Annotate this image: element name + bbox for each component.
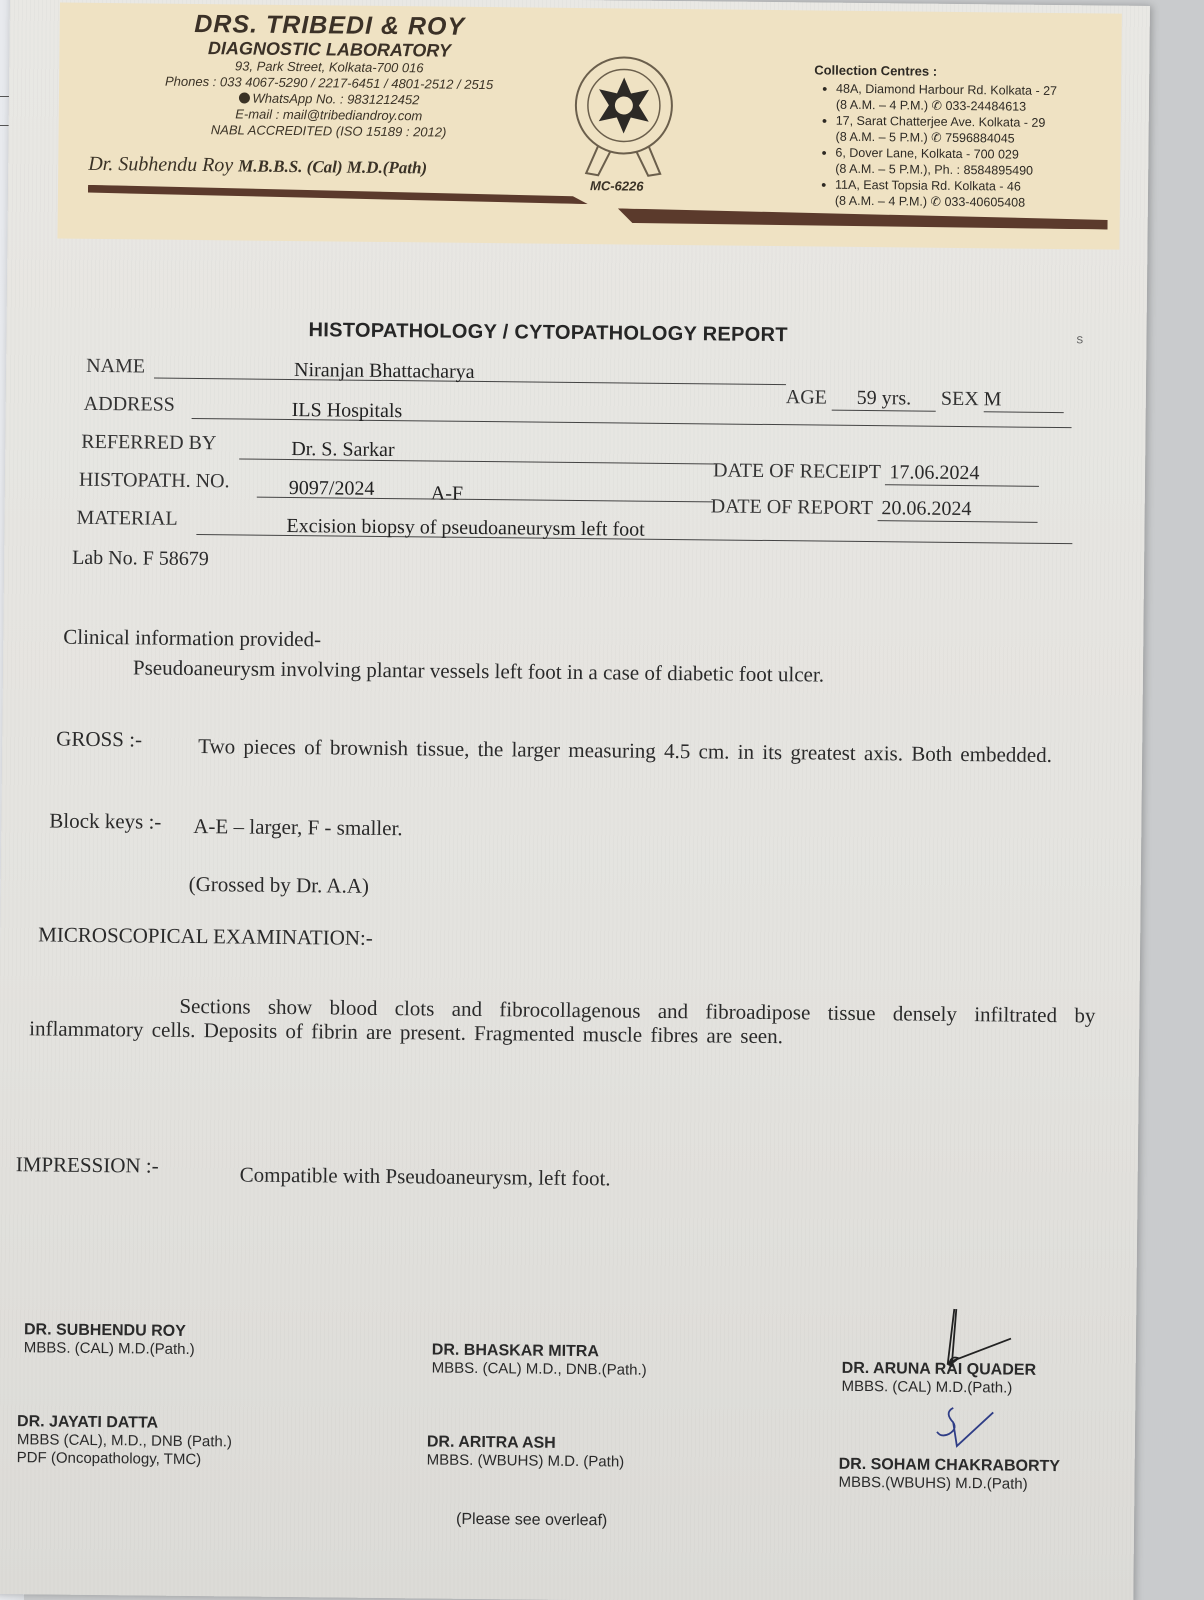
centre-address: 17, Sarat Chatterjee Ave. Kolkata - 29 <box>814 112 1114 131</box>
doctor-name: DR. SOHAM CHAKRABORTY <box>839 1455 1061 1476</box>
material: Excision biopsy of pseudoaneurysm left f… <box>286 515 645 542</box>
impression-label: IMPRESSION :- <box>16 1152 159 1177</box>
collection-centre: 17, Sarat Chatterjee Ave. Kolkata - 29 (… <box>814 112 1114 147</box>
histopath-no-label: HISTOPATH. NO. <box>79 469 230 493</box>
material-field: MATERIAL <box>76 507 177 531</box>
doctor-card: DR. SOHAM CHAKRABORTY MBBS.(WBUHS) M.D.(… <box>838 1455 1060 1494</box>
centre-address: 48A, Diamond Harbour Rd. Kolkata - 27 <box>814 80 1114 99</box>
sex-label: SEX <box>941 388 979 410</box>
histopath-no-field: HISTOPATH. NO. <box>79 469 230 494</box>
collection-centre: 48A, Diamond Harbour Rd. Kolkata - 27 (8… <box>814 80 1114 115</box>
director-signature-line: Dr. Subhendu Roy M.B.B.S. (Cal) M.D.(Pat… <box>88 153 427 180</box>
collection-centres: Collection Centres : 48A, Diamond Harbou… <box>813 62 1115 211</box>
doctor-qualification: PDF (Oncopathology, TMC) <box>17 1449 232 1469</box>
doctor-card: DR. SUBHENDU ROY MBBS. (CAL) M.D.(Path.) <box>24 1320 195 1359</box>
collection-centre: 11A, East Topsia Rd. Kolkata - 46 (8 A.M… <box>813 176 1113 211</box>
patient-age: 59 yrs. <box>832 387 936 412</box>
date-of-report-label: DATE OF REPORT <box>711 495 873 519</box>
letterhead-divider-left <box>88 185 588 204</box>
initials-signature-icon <box>935 1402 1006 1455</box>
doctor-card: DR. BHASKAR MITRA MBBS. (CAL) M.D., DNB.… <box>432 1341 647 1380</box>
gross-text: Two pieces of brownish tissue, the large… <box>198 734 1094 767</box>
date-of-report: 20.06.2024 <box>877 497 1037 523</box>
doctor-name: DR. BHASKAR MITRA <box>432 1341 647 1362</box>
referred-by: Dr. S. Sarkar <box>291 438 395 462</box>
doctor-name: DR. SUBHENDU ROY <box>24 1320 195 1341</box>
address-label: ADDRESS <box>84 393 175 416</box>
patient-sex: M <box>984 388 1064 413</box>
doctor-name: DR. ARITRA ASH <box>427 1432 625 1453</box>
referred-by-field: REFERRED BY <box>81 431 216 455</box>
collection-centre: 6, Dover Lane, Kolkata - 700 029 (8 A.M.… <box>813 144 1113 179</box>
see-overleaf-note: (Please see overleaf) <box>456 1511 607 1531</box>
material-label: MATERIAL <box>76 507 177 530</box>
microscopy-label: MICROSCOPICAL EXAMINATION:- <box>38 922 373 950</box>
accreditation-emblem-icon <box>568 53 679 184</box>
grossed-by: (Grossed by Dr. A.A) <box>189 872 369 898</box>
doctor-qualification: MBBS.(WBUHS) M.D.(Path) <box>838 1474 1060 1494</box>
doctor-qualification: MBBS. (CAL) M.D.(Path.) <box>24 1339 195 1359</box>
gross-label: GROSS :- <box>56 727 142 752</box>
letterhead: DRS. TRIBEDI & ROY DIAGNOSTIC LABORATORY… <box>57 3 1121 250</box>
date-of-receipt-label: DATE OF RECEIPT <box>713 459 881 483</box>
doctor-card: DR. JAYATI DATTA MBBS (CAL), M.D., DNB (… <box>17 1412 233 1469</box>
doctor-qualification: MBBS. (WBUHS) M.D. (Path) <box>427 1451 625 1471</box>
lab-no: Lab No. F 58679 <box>72 547 209 571</box>
doctor-qualification: MBBS (CAL), M.D., DNB (Path.) <box>17 1431 232 1451</box>
page-mark: S <box>1076 335 1083 346</box>
doctor-card: DR. ARITRA ASH MBBS. (WBUHS) M.D. (Path) <box>427 1432 625 1471</box>
age-sex-field: AGE 59 yrs. SEX M <box>786 386 1064 413</box>
lab-info: DRS. TRIBEDI & ROY DIAGNOSTIC LABORATORY… <box>89 9 570 142</box>
whatsapp-icon <box>238 92 249 103</box>
doctor-name: DR. JAYATI DATTA <box>17 1412 232 1433</box>
report-title: HISTOPATHOLOGY / CYTOPATHOLOGY REPORT <box>308 319 788 347</box>
block-keys-text: A-E – larger, F - smaller. <box>193 814 403 840</box>
name-field: NAME <box>86 355 145 379</box>
emblem-code: MC-6226 <box>590 178 644 194</box>
clinical-info-text: Pseudoaneurysm involving plantar vessels… <box>133 655 1033 688</box>
letterhead-divider-right <box>618 208 1108 229</box>
director-quals: M.B.B.S. (Cal) M.D.(Path) <box>238 156 427 177</box>
histopath-block-range: A-F <box>431 482 463 505</box>
impression-text: Compatible with Pseudoaneurysm, left foo… <box>240 1163 611 1191</box>
clinical-info-label: Clinical information provided- <box>63 625 321 652</box>
date-of-receipt: 17.06.2024 <box>885 461 1039 487</box>
report-page: DRS. TRIBEDI & ROY DIAGNOSTIC LABORATORY… <box>0 0 1150 1600</box>
centre-hours: (8 A.M. – 4 P.M.) ✆ 033-40605408 <box>813 192 1113 211</box>
name-label: NAME <box>86 355 145 378</box>
age-label: AGE <box>786 386 827 408</box>
microscopy-text: Sections show blood clots and fibrocolla… <box>29 992 1095 1051</box>
patient-name: Niranjan Bhattacharya <box>294 359 475 384</box>
referred-by-label: REFERRED BY <box>81 431 216 454</box>
address-field: ADDRESS <box>84 393 175 417</box>
block-keys-label: Block keys :- <box>49 808 161 833</box>
date-of-receipt-field: DATE OF RECEIPT 17.06.2024 <box>713 459 1040 486</box>
date-of-report-field: DATE OF REPORT 20.06.2024 <box>711 495 1038 522</box>
patient-address: ILS Hospitals <box>292 399 403 423</box>
collection-centres-title: Collection Centres : <box>814 62 1114 80</box>
doctor-qualification: MBBS. (CAL) M.D., DNB.(Path.) <box>432 1360 647 1380</box>
centre-address: 6, Dover Lane, Kolkata - 700 029 <box>813 144 1113 163</box>
centre-address: 11A, East Topsia Rd. Kolkata - 46 <box>813 176 1113 195</box>
signature-mark-icon <box>926 1304 1047 1385</box>
director-name: Dr. Subhendu Roy <box>88 153 233 177</box>
histopath-no: 9097/2024 <box>289 477 375 501</box>
whatsapp-number: WhatsApp No. : 9831212452 <box>252 91 419 108</box>
